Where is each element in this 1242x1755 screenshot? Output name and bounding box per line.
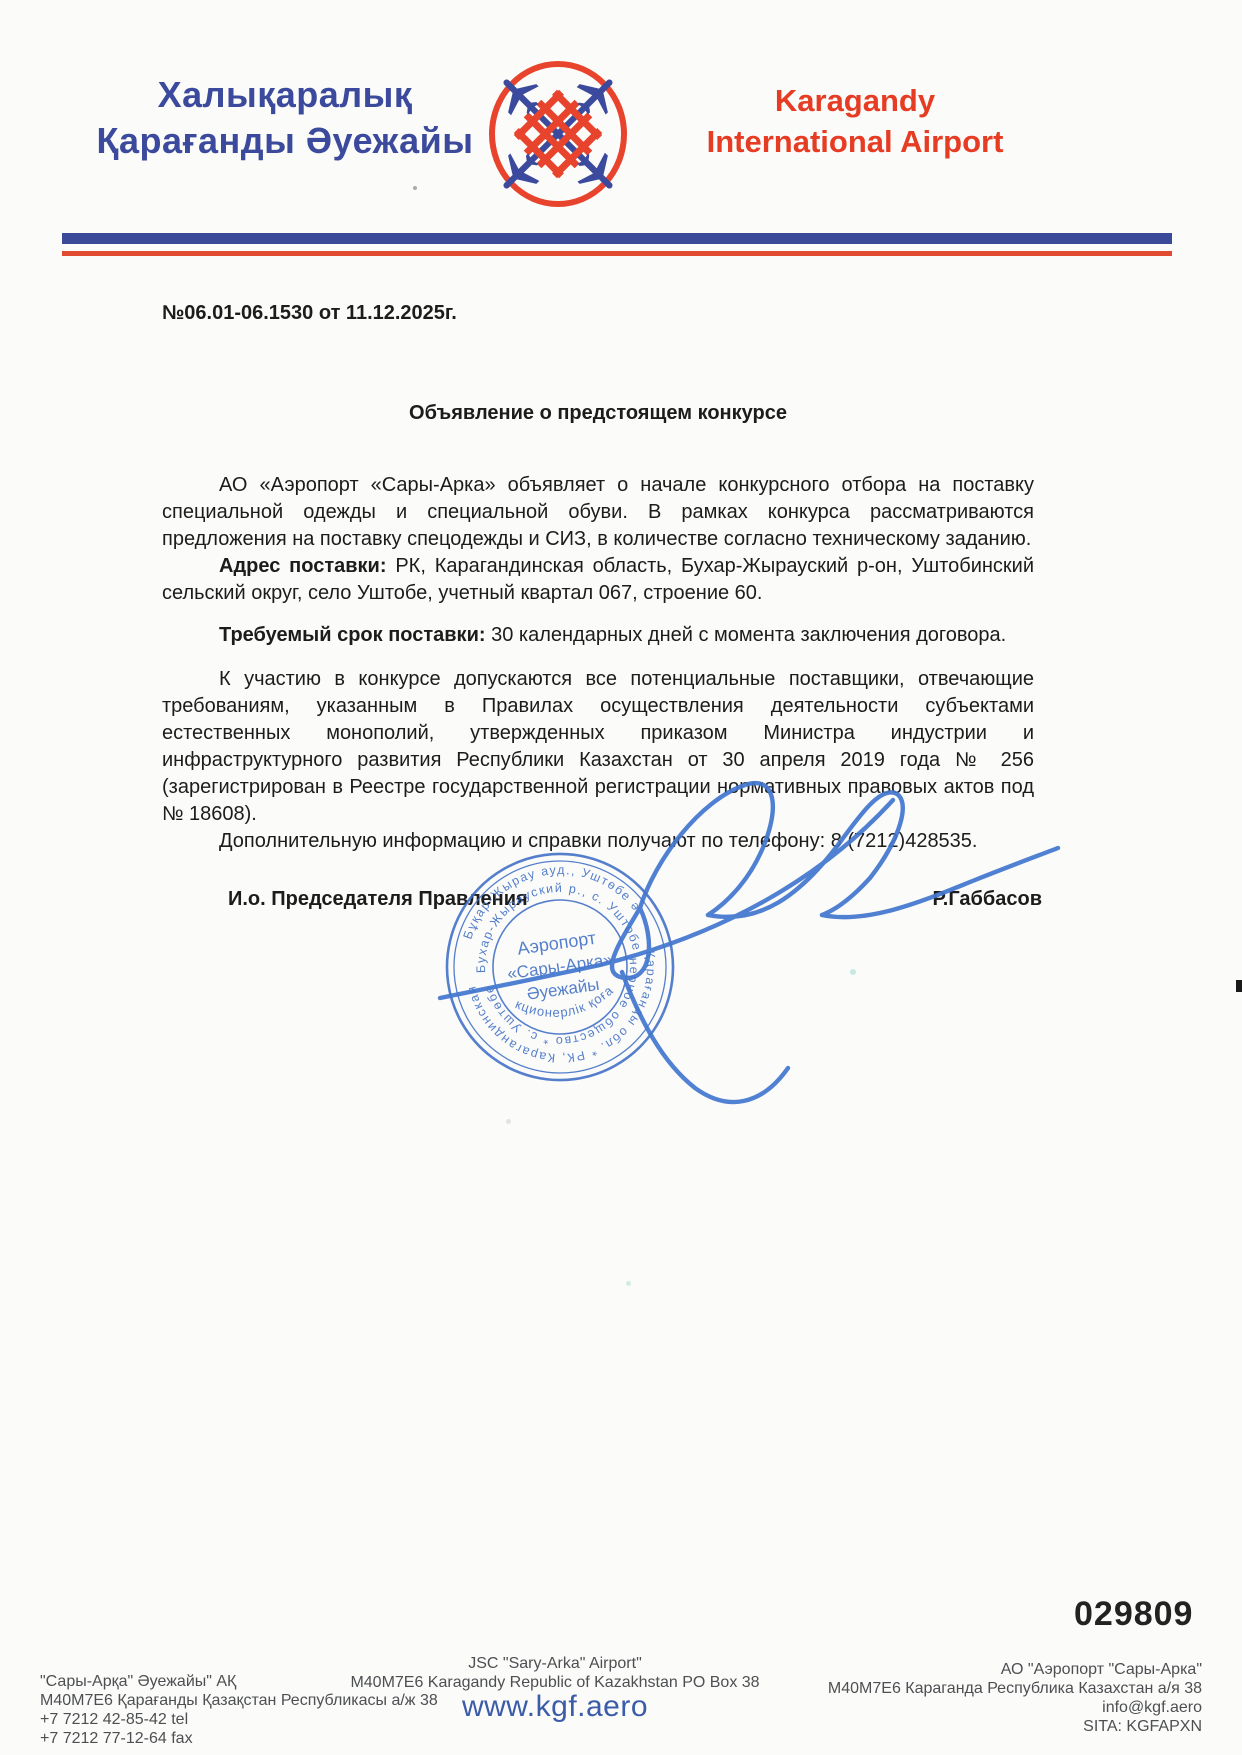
delivery-term-value: 30 календарных дней с момента заключения… bbox=[486, 624, 1007, 646]
org-name-kazakh-line1: Халықаралық bbox=[90, 72, 480, 118]
form-number: 029809 bbox=[1074, 1595, 1192, 1634]
footer-right-email: info@kgf.aero bbox=[782, 1698, 1202, 1717]
scan-artifact-edge-mark bbox=[1236, 980, 1242, 992]
header-rule-blue bbox=[62, 233, 1172, 244]
paragraph-announcement: АО «Аэропорт «Сары-Арка» объявляет о нач… bbox=[162, 472, 1034, 553]
header-rule-red bbox=[62, 251, 1172, 256]
footer-right-column: АО "Аэропорт "Сары-Арка" М40М7Е6 Караган… bbox=[782, 1660, 1202, 1736]
footer-left-fax: +7 7212 77-12-64 fax bbox=[40, 1729, 438, 1748]
airport-logo-icon bbox=[482, 56, 634, 216]
org-name-kazakh-line2: Қарағанды Әуежайы bbox=[90, 118, 480, 164]
footer-website: www.kgf.aero bbox=[330, 1697, 780, 1716]
footer-right-org: АО "Аэропорт "Сары-Арка" bbox=[782, 1660, 1202, 1679]
letter-title: Объявление о предстоящем конкурсе bbox=[162, 400, 1034, 427]
delivery-term-label: Требуемый срок поставки: bbox=[219, 624, 486, 646]
handwritten-signature bbox=[400, 660, 1100, 1130]
paragraph-delivery-term: Требуемый срок поставки: 30 календарных … bbox=[162, 622, 1034, 649]
footer-right-address: М40М7Е6 Караганда Республика Казахстан а… bbox=[782, 1679, 1202, 1698]
footer-right-sita: SITA: KGFAPXN bbox=[782, 1717, 1202, 1736]
paragraph-delivery-address: Адрес поставки: РК, Карагандинская облас… bbox=[162, 553, 1034, 607]
footer-center-column: JSC "Sary-Arka" Airport" M40M7E6 Karagan… bbox=[330, 1654, 780, 1716]
reference-number: №06.01-06.1530 от 11.12.2025г. bbox=[162, 300, 1034, 327]
scanned-letter-page: Халықаралық Қарағанды Әуежайы bbox=[0, 0, 1242, 1755]
scan-artifact-speck bbox=[850, 969, 856, 975]
scan-artifact-speck bbox=[506, 1119, 511, 1124]
org-name-kazakh: Халықаралық Қарағанды Әуежайы bbox=[90, 72, 480, 164]
org-name-english-line1: Karagandy bbox=[645, 80, 1065, 121]
scan-artifact-speck bbox=[626, 1281, 631, 1286]
delivery-address-label: Адрес поставки: bbox=[219, 555, 387, 577]
scan-artifact-speck bbox=[413, 186, 417, 190]
org-name-english: Karagandy International Airport bbox=[645, 80, 1065, 162]
org-name-english-line2: International Airport bbox=[645, 121, 1065, 162]
footer-center-org: JSC "Sary-Arka" Airport" bbox=[330, 1654, 780, 1673]
